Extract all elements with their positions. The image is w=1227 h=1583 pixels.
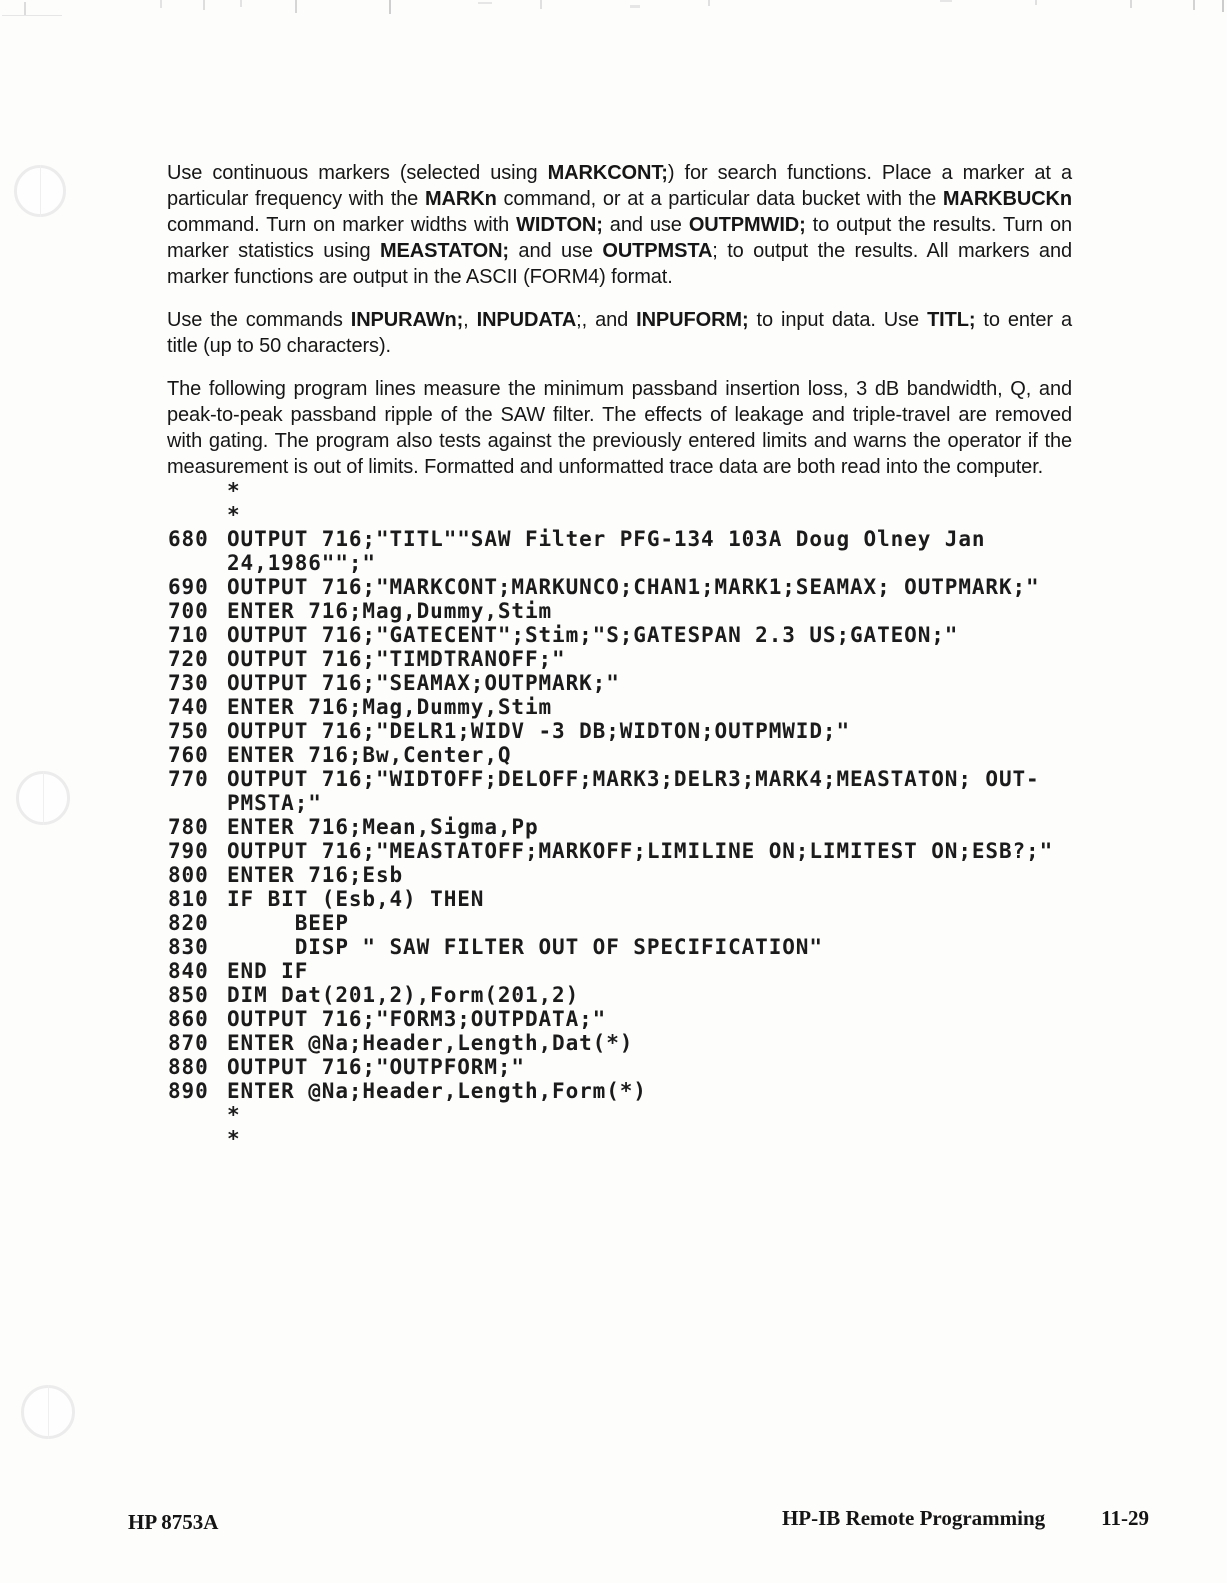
punch-hole [21, 1385, 75, 1439]
paragraph: The following program lines measure the … [167, 376, 1072, 480]
code-line: 720OUTPUT 716;"TIMDTRANOFF;" [168, 647, 1053, 671]
code-line: * [168, 479, 1053, 503]
code-line: 770OUTPUT 716;"WIDTOFF;DELOFF;MARK3;DELR… [168, 767, 1053, 791]
code-line: * [168, 503, 1053, 527]
footer-right: HP-IB Remote Programming 11-29 [782, 1506, 1149, 1531]
code-line: 790OUTPUT 716;"MEASTATOFF;MARKOFF;LIMILI… [168, 839, 1053, 863]
code-line: 740ENTER 716;Mag,Dummy,Stim [168, 695, 1053, 719]
code-listing: **680OUTPUT 716;"TITL""SAW Filter PFG-13… [168, 479, 1053, 1151]
footer-model: HP 8753A [128, 1510, 218, 1535]
code-line: 820 BEEP [168, 911, 1053, 935]
code-line: 680OUTPUT 716;"TITL""SAW Filter PFG-134 … [168, 527, 1053, 551]
code-line: 730OUTPUT 716;"SEAMAX;OUTPMARK;" [168, 671, 1053, 695]
code-line: 890ENTER @Na;Header,Length,Form(*) [168, 1079, 1053, 1103]
punch-hole [14, 165, 66, 217]
code-line: 780ENTER 716;Mean,Sigma,Pp [168, 815, 1053, 839]
punch-hole [16, 771, 70, 825]
code-line: 690OUTPUT 716;"MARKCONT;MARKUNCO;CHAN1;M… [168, 575, 1053, 599]
code-line: 760ENTER 716;Bw,Center,Q [168, 743, 1053, 767]
code-line: 800ENTER 716;Esb [168, 863, 1053, 887]
code-line: 750OUTPUT 716;"DELR1;WIDV -3 DB;WIDTON;O… [168, 719, 1053, 743]
code-line: 810IF BIT (Esb,4) THEN [168, 887, 1053, 911]
code-line: 830 DISP " SAW FILTER OUT OF SPECIFICATI… [168, 935, 1053, 959]
code-line: 880OUTPUT 716;"OUTPFORM;" [168, 1055, 1053, 1079]
code-line: 24,1986"";" [168, 551, 1053, 575]
code-line: 860OUTPUT 716;"FORM3;OUTPDATA;" [168, 1007, 1053, 1031]
manual-page: Use continuous markers (selected using M… [0, 0, 1227, 1583]
footer-section-title: HP-IB Remote Programming [782, 1506, 1045, 1531]
code-line: 870ENTER @Na;Header,Length,Dat(*) [168, 1031, 1053, 1055]
paragraph: Use the commands INPURAWn;, INPUDATA;, a… [167, 307, 1072, 359]
code-line: * [168, 1103, 1053, 1127]
code-line: 850DIM Dat(201,2),Form(201,2) [168, 983, 1053, 1007]
paragraph: Use continuous markers (selected using M… [167, 160, 1072, 290]
footer-page-number: 11-29 [1101, 1506, 1149, 1531]
code-line: 710OUTPUT 716;"GATECENT";Stim;"S;GATESPA… [168, 623, 1053, 647]
code-line: 840END IF [168, 959, 1053, 983]
code-line: 700ENTER 716;Mag,Dummy,Stim [168, 599, 1053, 623]
code-line: * [168, 1127, 1053, 1151]
body-text-block: Use continuous markers (selected using M… [167, 160, 1072, 497]
code-line: PMSTA;" [168, 791, 1053, 815]
